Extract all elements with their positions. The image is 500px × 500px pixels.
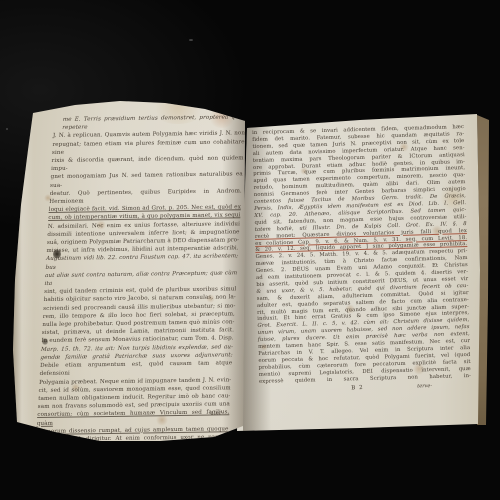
text-line: moribus Spiritus, ubi rectè judicat Osia… [34, 466, 227, 477]
text-line: sed mutuandam solùm in Europa suæ locis … [34, 458, 227, 469]
text-line: que sit. Unde controversum in Asiaticis … [35, 450, 228, 461]
book-photo: in reciprocam & se invari addicentem fid… [0, 0, 500, 500]
dust-speck [6, 128, 8, 130]
text-line: sponsas Jus N. dirigitur. At enim confor… [36, 433, 229, 444]
dust-speck [189, 39, 193, 41]
right-page-footer: B 2 terve- [252, 124, 471, 397]
catchword-right: terve- [417, 383, 432, 390]
page-edge-highlight [12, 110, 34, 430]
text-line: sup. Non primùm denique, quod aliqui obj… [33, 474, 226, 485]
signature-mark: B 2 [351, 385, 364, 392]
left-page-footer: uter- [37, 113, 246, 420]
text-line: sine dissentione, sed id ex accidenti, &… [35, 441, 228, 452]
